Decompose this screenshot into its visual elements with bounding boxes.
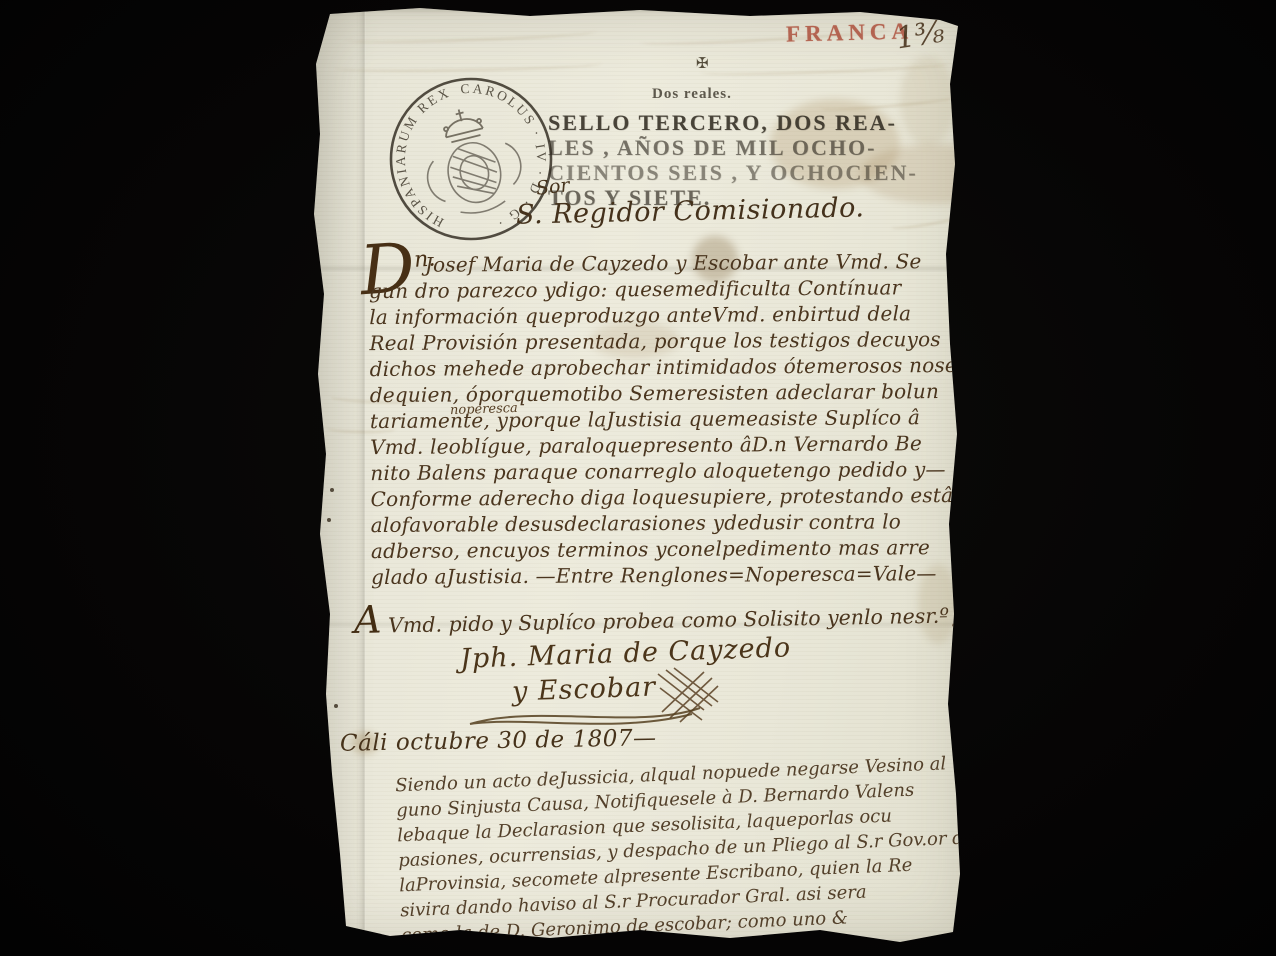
manuscript-line: glado aJustisia. —Entre Renglones=Nopere… — [371, 560, 963, 590]
interline-note: noperesca — [450, 401, 518, 418]
manuscript-line: la información queproduzgo anteVmd. enbi… — [369, 300, 961, 330]
decree-block: Siendo un acto deJussicia, alqual nopued… — [395, 751, 968, 949]
fold-crease-vertical — [356, 4, 366, 952]
manuscript-line: Josef Maria de Cayzedo y Escobar ante Vm… — [425, 248, 961, 278]
manuscript-line: adberso, encuyos terminos yconelpediment… — [371, 534, 963, 564]
petition-initial: A — [354, 598, 382, 642]
manuscript-line: Real Provisión presentada, porque los te… — [369, 326, 961, 356]
manuscript-line: Vmd. leoblígue, paraloquepresento âD.n V… — [370, 430, 962, 460]
paper-sheet: FRANCA 1⅜ CAROLUS · IV · D · G · HISPANI… — [300, 4, 980, 952]
manuscript-line: nito Balens paraque conarreglo aloqueten… — [370, 456, 962, 486]
crown-icon — [440, 105, 484, 143]
photo-stage: FRANCA 1⅜ CAROLUS · IV · D · G · HISPANI… — [0, 0, 1276, 956]
ink-speck — [327, 518, 331, 522]
ghost-writing — [346, 26, 596, 46]
ink-speck — [330, 488, 334, 492]
manuscript-line: gun dro parezco ydigo: quesemedificulta … — [369, 274, 961, 304]
manuscript-line: Conforme aderecho diga loquesupiere, pro… — [370, 482, 962, 512]
fee-note: Dos reales. — [652, 86, 732, 103]
heading-line: S. Regidor Comisionado. — [516, 192, 865, 230]
maltese-cross-icon: ✠ — [696, 54, 709, 72]
date-line: Cáli octubre 30 de 1807— — [340, 725, 657, 757]
tax-stamp-line: SELLO TERCERO, DOS REA- — [548, 110, 918, 135]
ink-speck — [334, 704, 338, 708]
heading-salutation: Sor — [535, 174, 571, 199]
manuscript-line: dichos mehede aprobechar intimidados óte… — [370, 352, 962, 382]
ghost-writing — [890, 207, 971, 232]
manuscript-line: alofavorable desusdeclarasiones ydedusir… — [371, 508, 963, 538]
manuscript-body: Josef Maria de Cayzedo y Escobar ante Vm… — [369, 248, 963, 590]
tax-stamp-line: LES , AÑOS DE MIL OCHO- — [548, 135, 918, 160]
tax-stamp-line: CIENTOS SEIS , Y OCHOCIEN- — [548, 160, 918, 185]
fold-strip-left — [300, 4, 358, 952]
rate-mark: 1⅜ — [894, 14, 947, 56]
